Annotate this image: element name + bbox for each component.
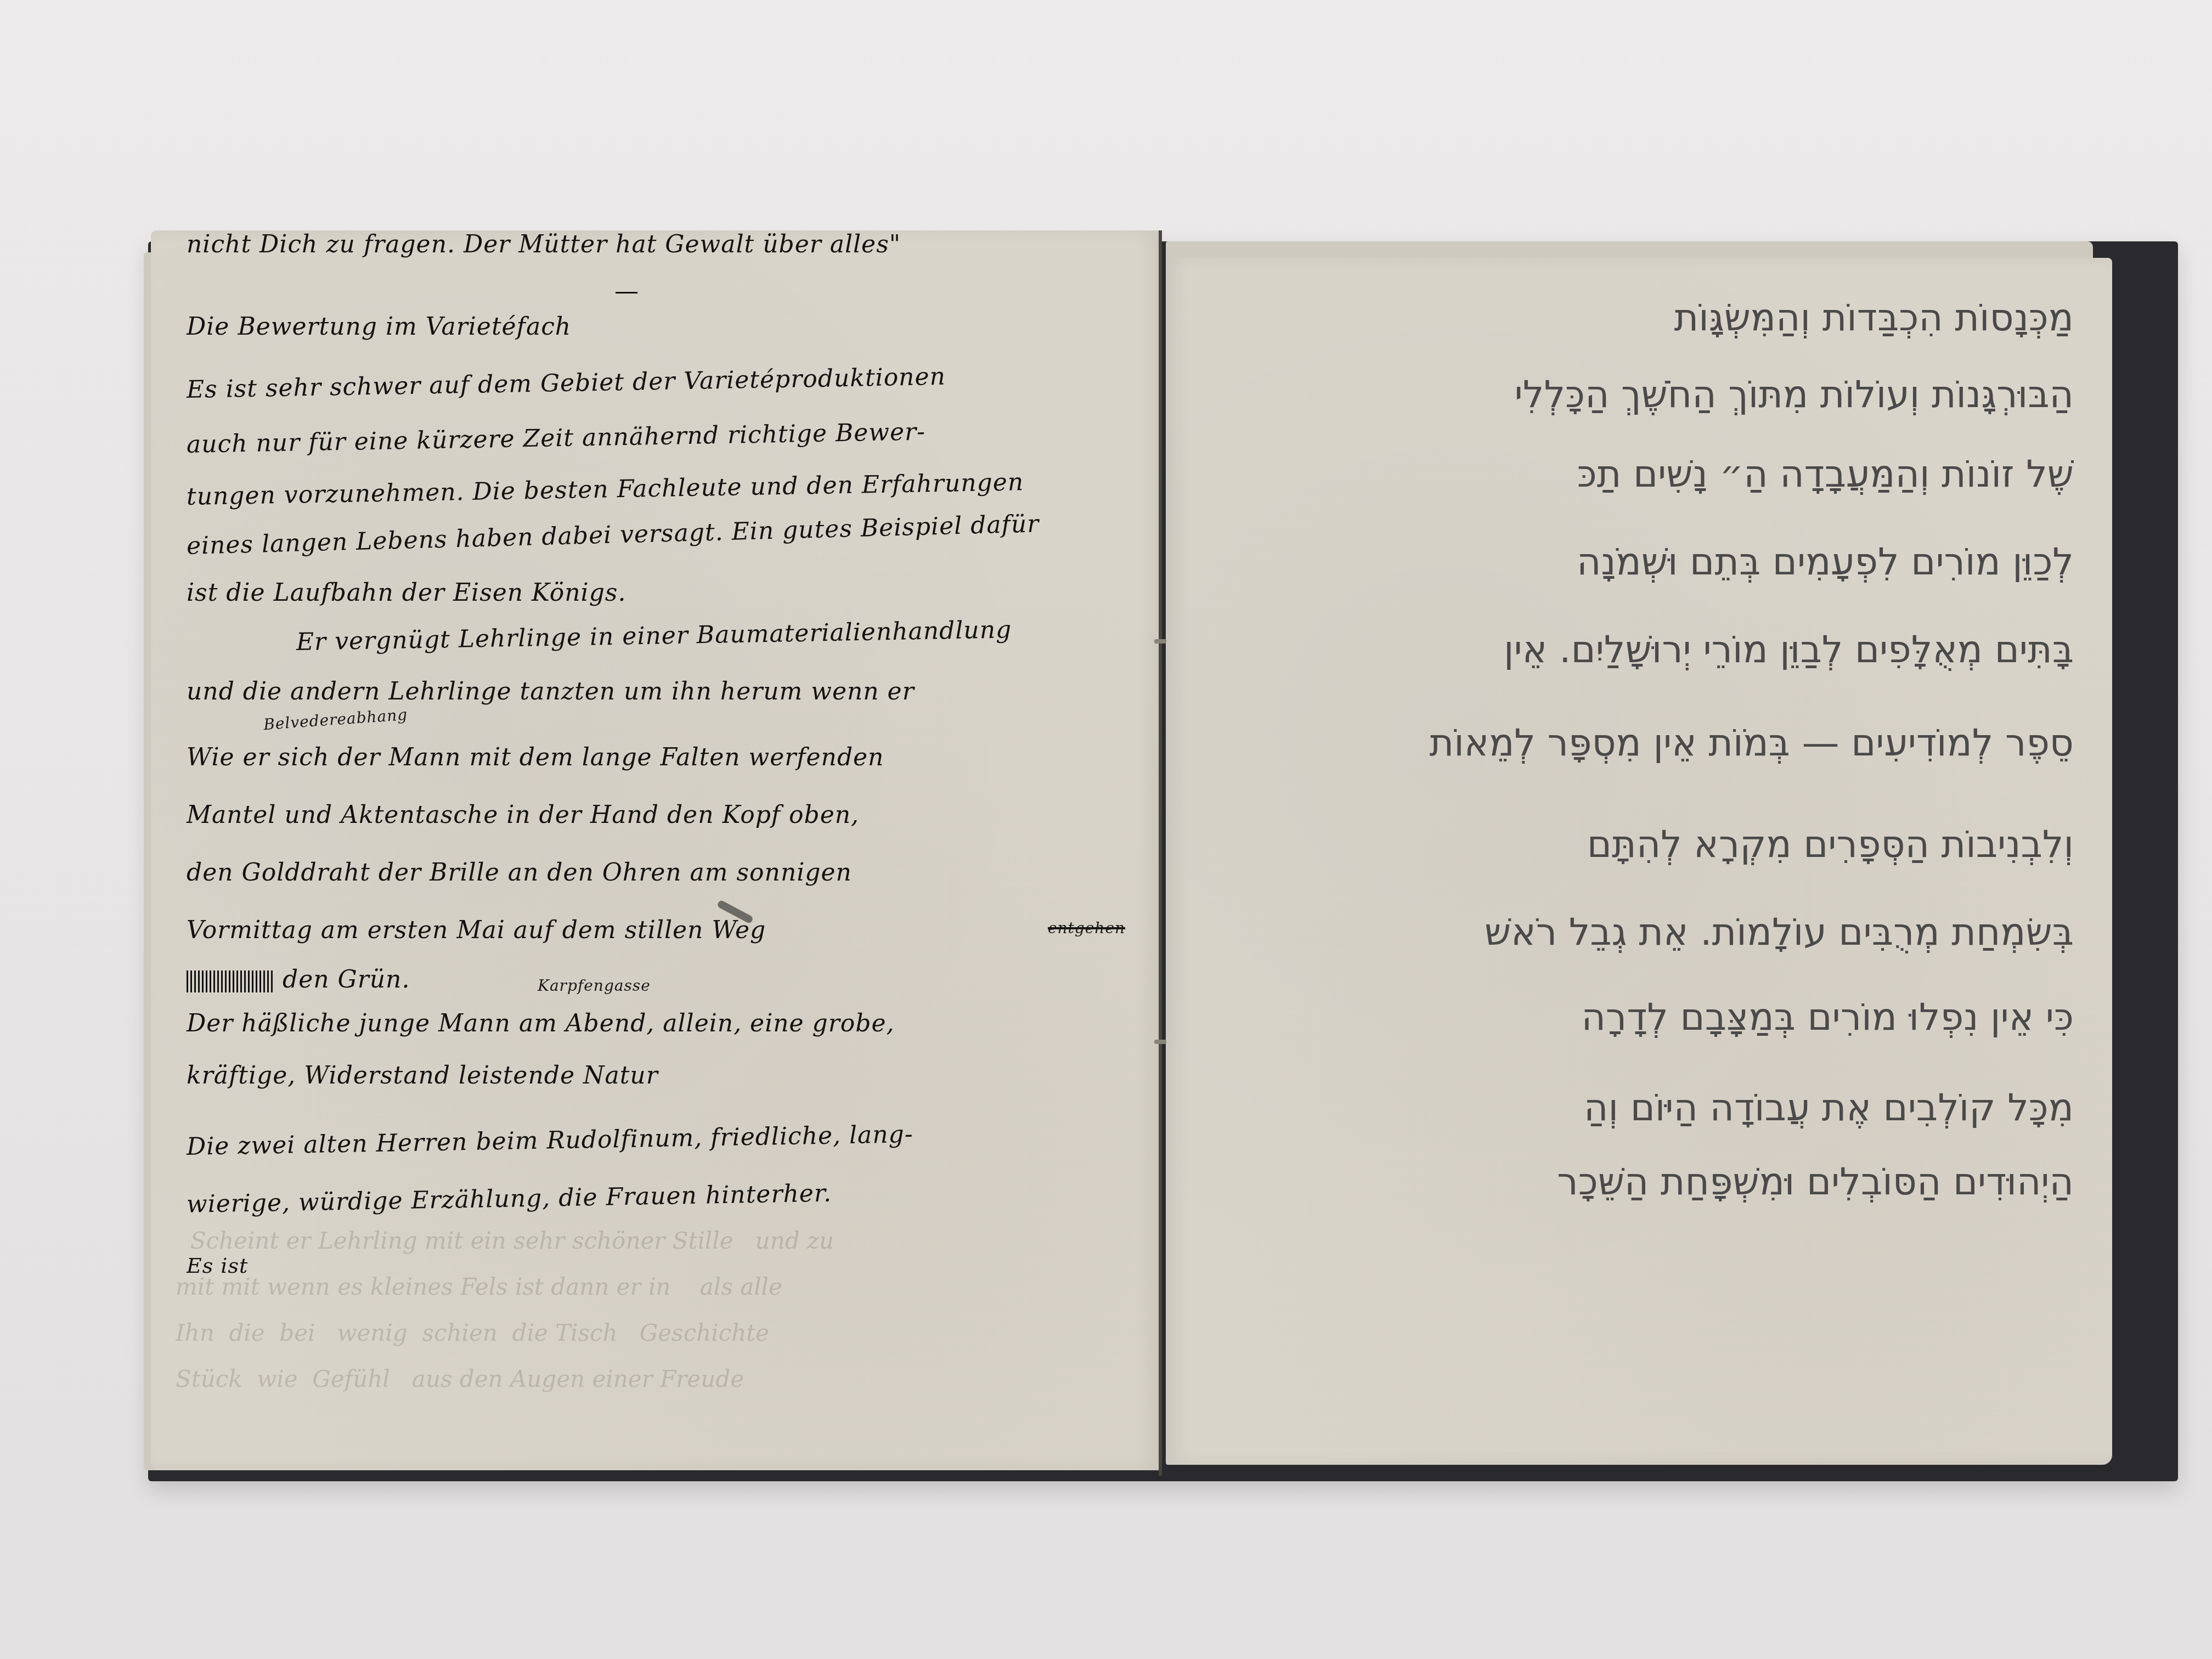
text-line: לְכַוֵּן מוֹרִים לִפְעָמִים בְּתֵם וּשְׁ…: [1577, 540, 2074, 584]
text-line: הַבּוּרְגָּנוֹת וְעוֹלוֹת מִתּוֹךְ הַחֹש…: [1515, 373, 2074, 416]
inserted-word: Karpfengasse: [538, 977, 651, 995]
text-line: Wie er sich der Mann mit dem lange Falte…: [187, 743, 884, 771]
text-line: den Grün.: [187, 966, 410, 994]
section-heading: Die Bewertung im Varietéfach: [187, 313, 571, 341]
text-line: בְּשִׂמְחַת מְרֻבִּים עוֹלָמוֹת. אֵת גְב…: [1485, 911, 2074, 954]
text-line: מַכְּנָסוֹת הִכְבַּדוֹת וְהַמִּשְׂגָּוֹת: [1674, 296, 2074, 340]
separator-dash: —: [614, 277, 639, 305]
text-line: וְלִבְנִיבוֹת הַסְּפָרִים מִקְרָא לְהִתָ…: [1587, 823, 2074, 866]
text-line: Mantel und Aktentasche in der Hand den K…: [187, 801, 859, 829]
text-line: ist die Laufbahn der Eisen Königs.: [187, 579, 626, 607]
text-line: בָּתִּים מְאֻלָּפִים לְבַוֵּן מוֹרֵי יְר…: [1504, 628, 2074, 672]
open-notebook: Scheint er Lehrling mit ein sehr schöner…: [0, 0, 2212, 1659]
binding-staple: [1154, 639, 1166, 644]
text-line: kräftige, Widerstand leistende Natur: [187, 1062, 658, 1090]
text-line: Der häßliche junge Mann am Abend, allein…: [187, 1009, 894, 1037]
text-line: סֵפֶר לְמוֹדִיעִים — בְּמֹוֹת אֵין מִסְפ…: [1430, 721, 2074, 765]
text-line: nicht Dich zu fragen. Der Mütter hat Gew…: [187, 230, 901, 258]
text-line: הַיְהוּדִים הַסּוֹבְלִים וּמִשְׁפָּחַת ה…: [1557, 1160, 2074, 1204]
text-line: Vormittag am ersten Mai auf dem stillen …: [187, 916, 766, 944]
text-fragment: den Grün.: [283, 966, 410, 994]
text-line: מִכָּל קוֹלְבִים אֶת עֲבוֹדָה הַיּוֹם וְ…: [1584, 1086, 2074, 1130]
text-line: Es ist: [187, 1254, 248, 1278]
text-line: den Golddraht der Brille an den Ohren am…: [187, 859, 852, 887]
binding-staple: [1154, 1040, 1166, 1044]
text-line: und die andern Lehrlinge tanzten um ihn …: [187, 678, 915, 706]
notebook-spine: [1159, 230, 1162, 1476]
show-through-text: Scheint er Lehrling mit ein sehr schöner…: [176, 1218, 1141, 1448]
scribbled-out-word: [187, 970, 274, 992]
text-line: שֶׁל זוֹנוֹת וְהַמַּעֲבָדָה הַ״ נָשִׁים …: [1577, 453, 2074, 496]
text-line: כִּי אֵין נִפְלוּ מוֹרִים בְּמַצָּבָם לְ…: [1581, 996, 2074, 1039]
struck-word: entgehen: [1048, 919, 1125, 937]
